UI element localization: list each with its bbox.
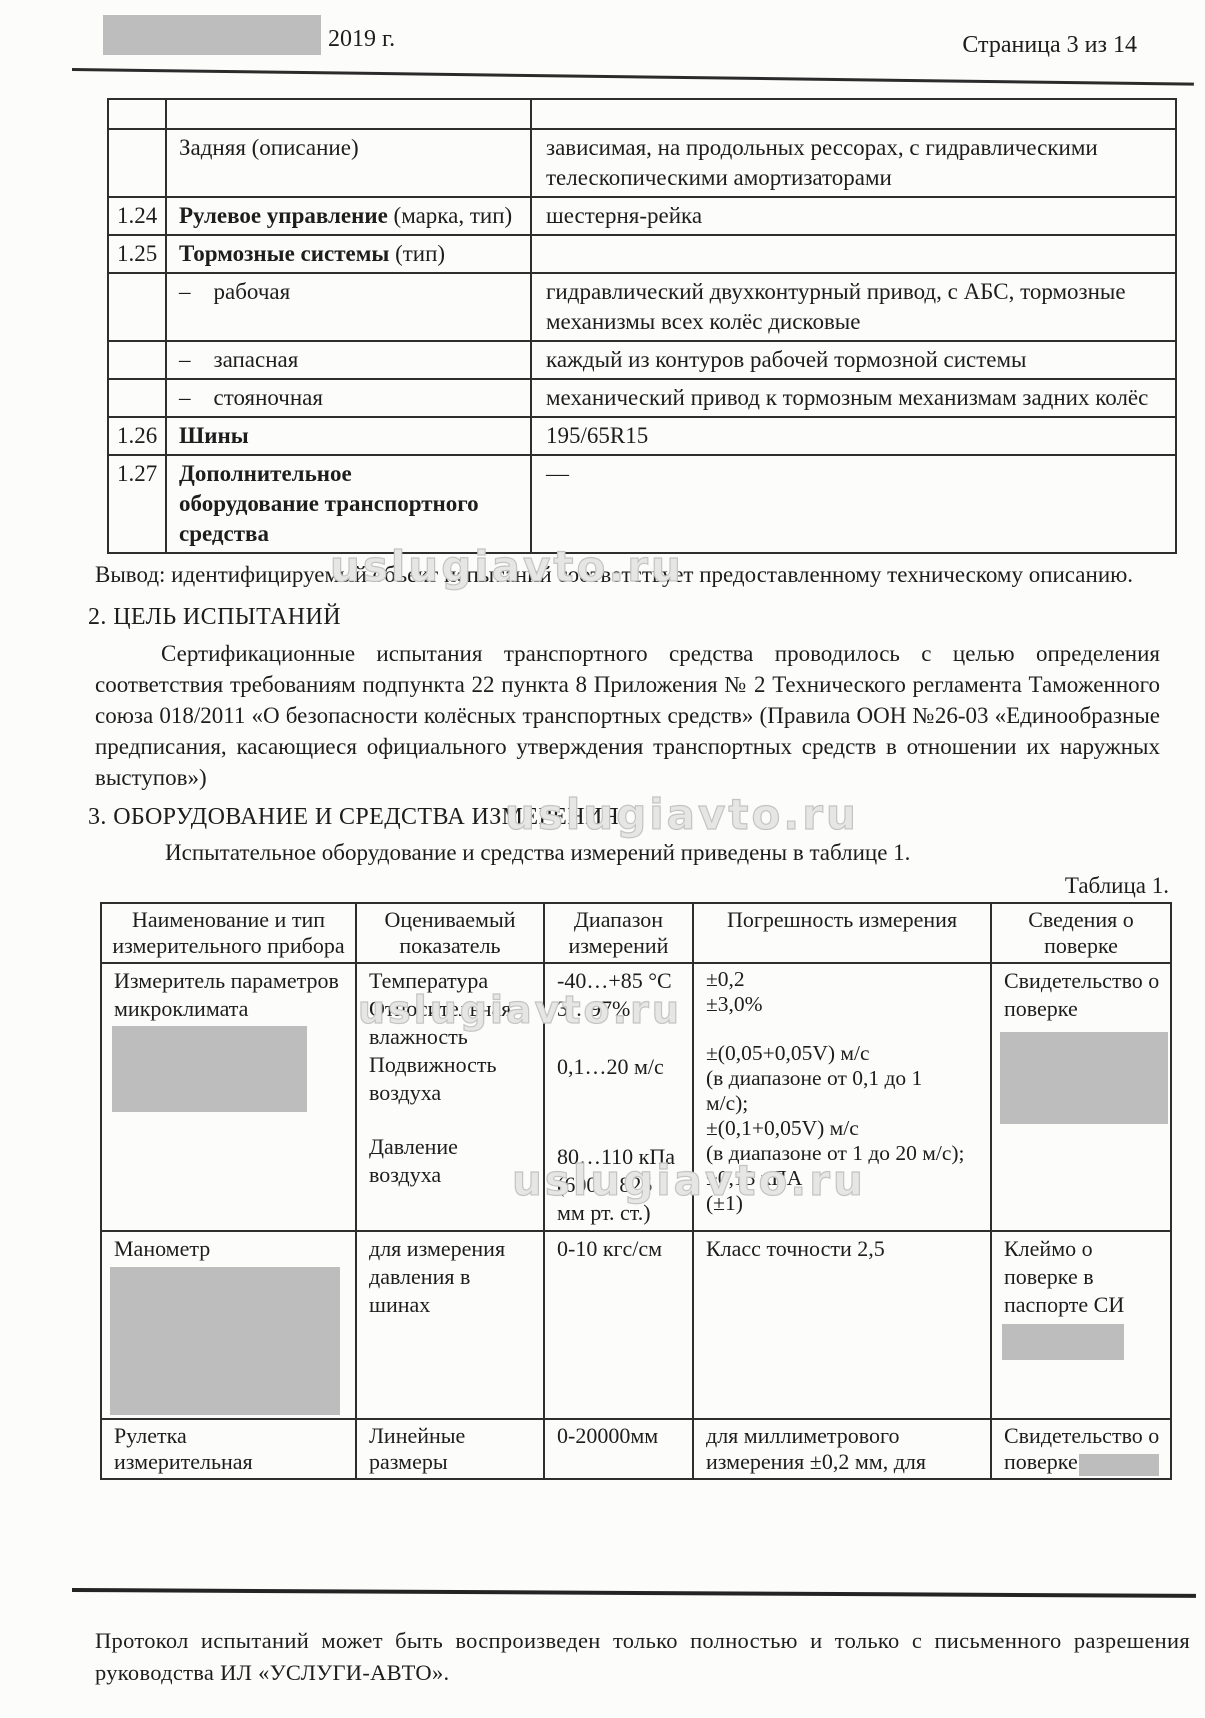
parameter-label-bold: Шины	[179, 423, 249, 448]
footer-note: Протокол испытаний может быть воспроизве…	[95, 1625, 1190, 1689]
parameter-label-cell: – рабочая	[166, 273, 531, 341]
parameter-block: Давление воздуха	[369, 1133, 537, 1189]
instrument-name: Манометр	[114, 1235, 349, 1263]
header-cell-verification: Сведения о поверке	[991, 903, 1171, 963]
header-cell-instrument: Наименование и тип измерительного прибор…	[101, 903, 356, 963]
header-year: 2019 г.	[328, 26, 395, 53]
error-block: ±0,2 ±3,0%	[706, 967, 984, 1017]
redacted-region	[1079, 1454, 1159, 1476]
header-page-number: Страница 3 из 14	[962, 32, 1137, 59]
header-cell-error: Погрешность измерения	[693, 903, 991, 963]
row-number-cell	[108, 379, 166, 417]
parameter-label-rest: (тип)	[389, 241, 445, 266]
row-number-cell	[108, 129, 166, 197]
error-cell: ±0,2 ±3,0% ±(0,05+0,05V) м/с (в диапазон…	[693, 963, 991, 1231]
table-row: 1.25 Тормозные системы (тип)	[108, 235, 1176, 273]
parameter-label-bold: Дополнительное оборудование транспортног…	[179, 461, 479, 546]
parameter-block: для измерения давления в шинах	[369, 1235, 537, 1319]
parameter-value-cell: механический привод к тормозным механизм…	[531, 379, 1176, 417]
redacted-region	[110, 1267, 340, 1415]
table-row: – запасная каждый из контуров рабочей то…	[108, 341, 1176, 379]
footer-rule	[72, 1588, 1196, 1598]
instrument-cell: Рулетка измерительная	[101, 1419, 356, 1479]
parameter-value-cell: зависимая, на продольных рессорах, с гид…	[531, 129, 1176, 197]
table-row: Измеритель параметров микроклимата Темпе…	[101, 963, 1171, 1231]
parameter-value-cell: шестерня-рейка	[531, 197, 1176, 235]
table-row: 1.26 Шины 195/65R15	[108, 417, 1176, 455]
parameter-value-cell	[531, 235, 1176, 273]
equipment-table: Наименование и тип измерительного прибор…	[100, 902, 1172, 1480]
section-3-paragraph: Испытательное оборудование и средства из…	[165, 837, 1205, 868]
section-2-paragraph: Сертификационные испытания транспортного…	[95, 638, 1160, 793]
range-cell: 0-20000мм	[544, 1419, 693, 1479]
verification-text: Свидетельство о поверке	[1004, 967, 1164, 1023]
parameter-block: Температура Относительная влажность	[369, 967, 537, 1051]
table-1-caption: Таблица 1.	[0, 871, 1169, 900]
section-3-heading: 3. ОБОРУДОВАНИЕ И СРЕДСТВА ИЗМЕРЕНИЯ	[88, 804, 1205, 831]
parameter-value-cell: —	[531, 455, 1176, 553]
range-block: -40…+85 °С 3…97%	[557, 967, 686, 1023]
range-cell: -40…+85 °С 3…97% 0,1…20 м/с 80…110 кПа (…	[544, 963, 693, 1231]
redacted-region	[112, 1026, 307, 1112]
parameter-label-cell: Тормозные системы (тип)	[166, 235, 531, 273]
verification-text: Клеймо о поверке в паспорте СИ	[1004, 1235, 1164, 1319]
redacted-region	[1002, 1324, 1124, 1360]
parameter-label-cell: Рулевое управление (марка, тип)	[166, 197, 531, 235]
row-number-cell: 1.24	[108, 197, 166, 235]
verification-cell: Свидетельство о поверке	[991, 963, 1171, 1231]
table-row: Рулетка измерительная Линейные размеры 0…	[101, 1419, 1171, 1479]
instrument-name: Измеритель параметров микроклимата	[114, 967, 349, 1023]
parameter-value-cell	[531, 99, 1176, 129]
conclusion-paragraph: Вывод: идентифицируемый объект испытаний…	[95, 559, 1165, 590]
instrument-cell: Манометр	[101, 1231, 356, 1419]
redacted-region	[103, 15, 321, 55]
table-row: Задняя (описание) зависимая, на продольн…	[108, 129, 1176, 197]
header-cell-parameter: Оцениваемый показатель	[356, 903, 544, 963]
error-cell: Класс точности 2,5	[693, 1231, 991, 1419]
row-number-cell: 1.25	[108, 235, 166, 273]
table-row: 1.24 Рулевое управление (марка, тип) шес…	[108, 197, 1176, 235]
parameter-cell: для измерения давления в шинах	[356, 1231, 544, 1419]
error-block: ±(0,05+0,05V) м/с (в диапазоне от 0,1 до…	[706, 1041, 984, 1216]
parameter-label-cell: Дополнительное оборудование транспортног…	[166, 455, 531, 553]
header-rule	[72, 68, 1194, 86]
equipment-table-header-row: Наименование и тип измерительного прибор…	[101, 903, 1171, 963]
parameter-value-cell: 195/65R15	[531, 417, 1176, 455]
range-block: 80…110 кПа (600…825 мм рт. ст.)	[557, 1143, 686, 1227]
scanned-document-page: 2019 г. Страница 3 из 14 uslugiavto.ru u…	[0, 0, 1205, 1718]
row-number-cell	[108, 341, 166, 379]
parameter-label-bold: Рулевое управление	[179, 203, 388, 228]
table-row: – стояночная механический привод к тормо…	[108, 379, 1176, 417]
table-row	[108, 99, 1176, 129]
range-block: 0,1…20 м/с	[557, 1053, 686, 1081]
parameter-cell: Линейные размеры	[356, 1419, 544, 1479]
header-cell-range: Диапазон измерений	[544, 903, 693, 963]
section-2-heading: 2. ЦЕЛЬ ИСПЫТАНИЙ	[88, 604, 1205, 631]
parameter-label-cell: – стояночная	[166, 379, 531, 417]
parameter-cell: Температура Относительная влажность Подв…	[356, 963, 544, 1231]
parameter-label-bold: Тормозные системы	[179, 241, 389, 266]
row-number-cell: 1.26	[108, 417, 166, 455]
parameter-label-rest: (марка, тип)	[388, 203, 512, 228]
parameter-label-cell	[166, 99, 531, 129]
parameter-label-cell: Шины	[166, 417, 531, 455]
vehicle-ident-table: Задняя (описание) зависимая, на продольн…	[107, 98, 1177, 554]
parameter-block: Подвижность воздуха	[369, 1051, 537, 1107]
row-number-cell	[108, 99, 166, 129]
row-number-cell: 1.27	[108, 455, 166, 553]
parameter-label-cell: Задняя (описание)	[166, 129, 531, 197]
parameter-label-cell: – запасная	[166, 341, 531, 379]
error-cell: для миллиметрового измерения ±0,2 мм, дл…	[693, 1419, 991, 1479]
table-row: Манометр для измерения давления в шинах …	[101, 1231, 1171, 1419]
row-number-cell	[108, 273, 166, 341]
redacted-region	[1000, 1032, 1168, 1124]
parameter-value-cell: каждый из контуров рабочей тормозной сис…	[531, 341, 1176, 379]
verification-cell: Клеймо о поверке в паспорте СИ	[991, 1231, 1171, 1419]
table-row: – рабочая гидравлический двухконтурный п…	[108, 273, 1176, 341]
parameter-value-cell: гидравлический двухконтурный привод, с А…	[531, 273, 1176, 341]
table-row: 1.27 Дополнительное оборудование транспо…	[108, 455, 1176, 553]
verification-cell: Свидетельство о поверке .	[991, 1419, 1171, 1479]
range-cell: 0-10 кгс/см	[544, 1231, 693, 1419]
instrument-cell: Измеритель параметров микроклимата	[101, 963, 356, 1231]
